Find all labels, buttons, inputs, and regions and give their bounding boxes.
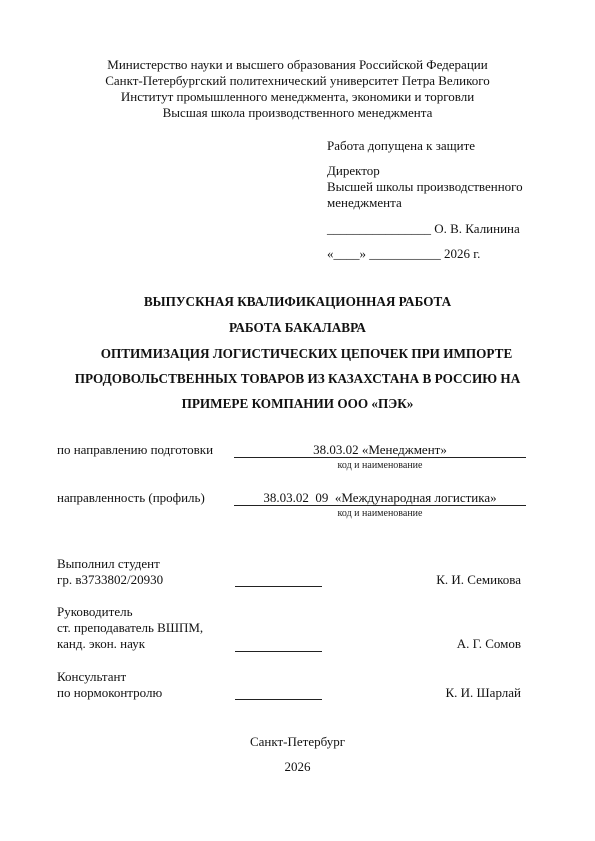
profile-underline (234, 505, 526, 506)
consultant-role: Консультант (57, 669, 162, 685)
supervisor-name: А. Г. Сомов (457, 636, 521, 652)
work-level-heading: РАБОТА БАКАЛАВРА (0, 320, 595, 336)
date-day-blank[interactable]: «____» (327, 246, 366, 261)
ministry-line: Министерство науки и высшего образования… (0, 57, 595, 73)
supervisor-position: ст. преподаватель ВШПМ, (57, 620, 203, 636)
direction-value: 38.03.02 «Менеджмент» (234, 442, 526, 458)
topic-line-3: ПРИМЕРЕ КОМПАНИИ ООО «ПЭК» (0, 396, 595, 412)
consultant-block: Консультант по нормоконтролю (57, 669, 162, 701)
director-position: Директор (327, 163, 523, 179)
topic-line-2: ПРОДОВОЛЬСТВЕННЫХ ТОВАРОВ ИЗ КАЗАХСТАНА … (0, 371, 595, 387)
topic-line-1: ОПТИМИЗАЦИЯ ЛОГИСТИЧЕСКИХ ЦЕПОЧЕК ПРИ ИМ… (0, 346, 595, 362)
direction-label: по направлению подготовки (57, 442, 213, 458)
institution-header: Министерство науки и высшего образования… (0, 57, 595, 121)
supervisor-block: Руководитель ст. преподаватель ВШПМ, кан… (57, 604, 203, 652)
university-line: Санкт-Петербургский политехнический унив… (0, 73, 595, 89)
date-month-blank[interactable]: ___________ (369, 246, 441, 261)
signature-blank[interactable]: ________________ (327, 221, 431, 236)
director-position-line2: Высшей школы производственного (327, 179, 523, 195)
profile-label: направленность (профиль) (57, 490, 205, 506)
city: Санкт-Петербург (0, 734, 595, 750)
admitted-text: Работа допущена к защите (327, 138, 523, 154)
student-signature-line[interactable] (235, 586, 322, 587)
approval-date-row: «____» ___________ 2026 г. (327, 246, 523, 262)
supervisor-role: Руководитель (57, 604, 203, 620)
date-year: 2026 г. (444, 246, 480, 261)
student-group: гр. в3733802/20930 (57, 572, 163, 588)
school-line: Высшая школа производственного менеджмен… (0, 105, 595, 121)
director-position-line3: менеджмента (327, 195, 523, 211)
year: 2026 (0, 759, 595, 775)
institute-line: Институт промышленного менеджмента, экон… (0, 89, 595, 105)
profile-value: 38.03.02 09 «Международная логистика» (234, 490, 526, 506)
director-name: О. В. Калинина (434, 221, 520, 236)
student-block: Выполнил студент гр. в3733802/20930 (57, 556, 163, 588)
direction-underline (234, 457, 526, 458)
consultant-name: К. И. Шарлай (446, 685, 522, 701)
student-role: Выполнил студент (57, 556, 163, 572)
director-signature-row: ________________ О. В. Калинина (327, 221, 523, 237)
work-type-heading: ВЫПУСКНАЯ КВАЛИФИКАЦИОННАЯ РАБОТА (0, 294, 595, 310)
consultant-signature-line[interactable] (235, 699, 322, 700)
supervisor-degree: канд. экон. наук (57, 636, 203, 652)
direction-caption: код и наименование (234, 460, 526, 471)
supervisor-signature-line[interactable] (235, 651, 322, 652)
approval-block: Работа допущена к защите Директор Высшей… (327, 138, 523, 262)
consultant-area: по нормоконтролю (57, 685, 162, 701)
student-name: К. И. Семикова (436, 572, 521, 588)
profile-caption: код и наименование (234, 508, 526, 519)
